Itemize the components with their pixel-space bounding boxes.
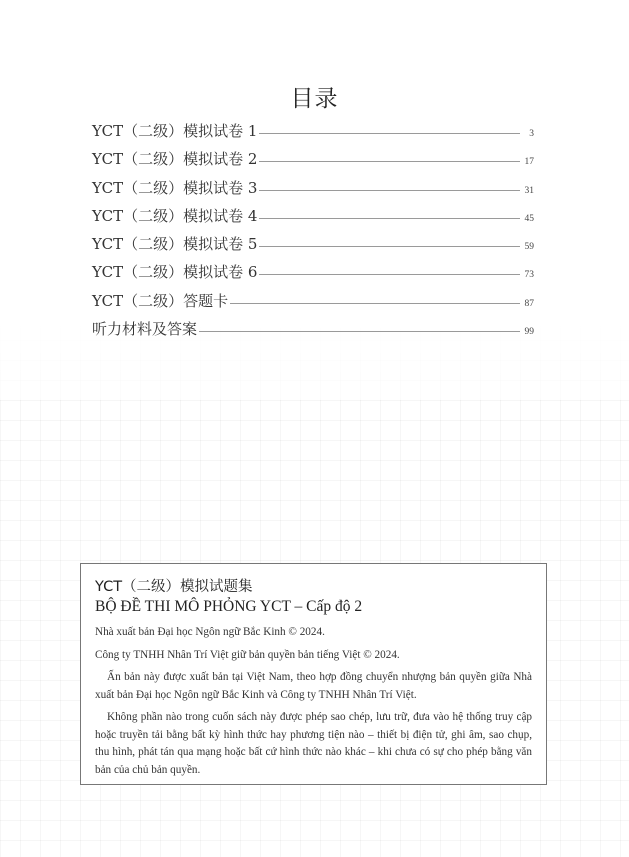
toc-entry-label: YCT（二级）模拟试卷 2 (92, 148, 257, 169)
toc-entry-label: YCT（二级）模拟试卷 4 (92, 205, 257, 226)
toc-entry[interactable]: YCT（二级）模拟试卷 3 31 (92, 177, 534, 205)
toc-entry-label: YCT（二级）模拟试卷 5 (92, 233, 257, 254)
toc-page-number: 31 (522, 186, 534, 196)
toc-entry[interactable]: 听力材料及答案 99 (92, 318, 534, 346)
toc-entry-label: YCT（二级）模拟试卷 6 (92, 261, 257, 282)
toc-entry[interactable]: YCT（二级）模拟试卷 1 3 (92, 120, 534, 148)
toc-leader-line (259, 274, 520, 275)
toc-leader-line (259, 218, 520, 219)
toc-page-number: 45 (522, 214, 534, 224)
toc-entry[interactable]: YCT（二级）答题卡 87 (92, 290, 534, 318)
toc-entry-label: YCT（二级）模拟试卷 3 (92, 177, 257, 198)
toc-entry-label: YCT（二级）答题卡 (92, 290, 228, 311)
publisher-line: Nhà xuất bản Đại học Ngôn ngữ Bắc Kinh ©… (95, 624, 532, 642)
toc-page-number: 99 (522, 327, 534, 337)
toc-entry-label: YCT（二级）模拟试卷 1 (92, 120, 257, 141)
toc-title: 目录 (0, 80, 629, 113)
toc-entry[interactable]: YCT（二级）模拟试卷 5 59 (92, 233, 534, 261)
toc-entry[interactable]: YCT（二级）模拟试卷 6 73 (92, 261, 534, 289)
toc-entry[interactable]: YCT（二级）模拟试卷 2 17 (92, 148, 534, 176)
toc-entry-label: 听力材料及答案 (92, 318, 197, 339)
table-of-contents: YCT（二级）模拟试卷 1 3 YCT（二级）模拟试卷 2 17 YCT（二级）… (92, 120, 534, 346)
copyright-line: Công ty TNHH Nhân Trí Việt giữ bản quyền… (95, 647, 532, 665)
colophon-box: YCT（二级）模拟试题集 BỘ ĐỀ THI MÔ PHỎNG YCT – Cấ… (80, 563, 547, 785)
toc-page-number: 59 (522, 242, 534, 252)
book-title-chinese: YCT（二级）模拟试题集 (95, 577, 532, 597)
toc-leader-line (259, 190, 520, 191)
toc-leader-line (230, 303, 520, 304)
toc-page-number: 73 (522, 270, 534, 280)
toc-page-number: 87 (522, 299, 534, 309)
toc-page-number: 17 (522, 157, 534, 167)
toc-entry[interactable]: YCT（二级）模拟试卷 4 45 (92, 205, 534, 233)
toc-leader-line (259, 246, 520, 247)
license-paragraph: Ấn bản này được xuất bản tại Việt Nam, t… (95, 669, 532, 704)
toc-leader-line (259, 161, 520, 162)
toc-leader-line (199, 331, 520, 332)
toc-leader-line (259, 133, 520, 134)
toc-page-number: 3 (522, 129, 534, 139)
rights-paragraph: Không phần nào trong cuốn sách này được … (95, 709, 532, 779)
book-title-vietnamese: BỘ ĐỀ THI MÔ PHỎNG YCT – Cấp độ 2 (95, 597, 532, 617)
